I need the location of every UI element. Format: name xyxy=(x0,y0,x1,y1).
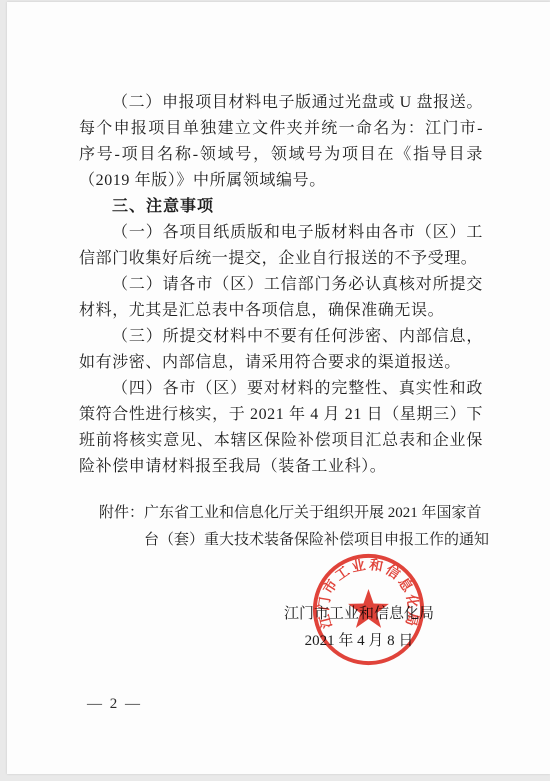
attachment-title-line2: 台（套）重大技术装备保险补偿项目申报工作的通知 xyxy=(144,532,489,548)
document-page: （二）申报项目材料电子版通过光盘或 U 盘报送。每个申报项目单独建立文件夹并统一… xyxy=(7,2,550,774)
section-heading-notes: 三、注意事项 xyxy=(79,194,483,220)
official-seal-graphic: 江门市工业和信息化局 xyxy=(310,551,427,668)
paragraph-electronic-submission: （二）申报项目材料电子版通过光盘或 U 盘报送。每个申报项目单独建立文件夹并统一… xyxy=(79,90,483,194)
attachment-label: 附件： xyxy=(99,500,144,554)
paragraph-note-3: （三）所提交材料中不要有任何涉密、内部信息，如有涉密、内部信息，请采用符合要求的… xyxy=(79,324,483,376)
attachment-section: 附件： 广东省工业和信息化厅关于组织开展 2021 年国家首 台（套）重大技术装… xyxy=(99,500,489,554)
seal-star-icon xyxy=(348,589,389,628)
paragraph-note-4: （四）各市（区）要对材料的完整性、真实性和政策符合性进行核实，于 2021 年 … xyxy=(79,376,483,480)
attachment-title-line1: 广东省工业和信息化厅关于组织开展 2021 年国家首 xyxy=(144,505,482,521)
document-body-text: （二）申报项目材料电子版通过光盘或 U 盘报送。每个申报项目单独建立文件夹并统一… xyxy=(79,90,483,480)
paragraph-note-1: （一）各项目纸质版和电子版材料由各市（区）工信部门收集好后统一提交，企业自行报送… xyxy=(79,220,483,272)
paragraph-note-2: （二）请各市（区）工信部门务必认真核对所提交材料，尤其是汇总表中各项信息，确保准… xyxy=(79,272,483,324)
page-number: — 2 — xyxy=(87,696,142,713)
attachment-title: 广东省工业和信息化厅关于组织开展 2021 年国家首 台（套）重大技术装备保险补… xyxy=(144,500,489,554)
official-seal: 江门市工业和信息化局 xyxy=(310,551,427,668)
